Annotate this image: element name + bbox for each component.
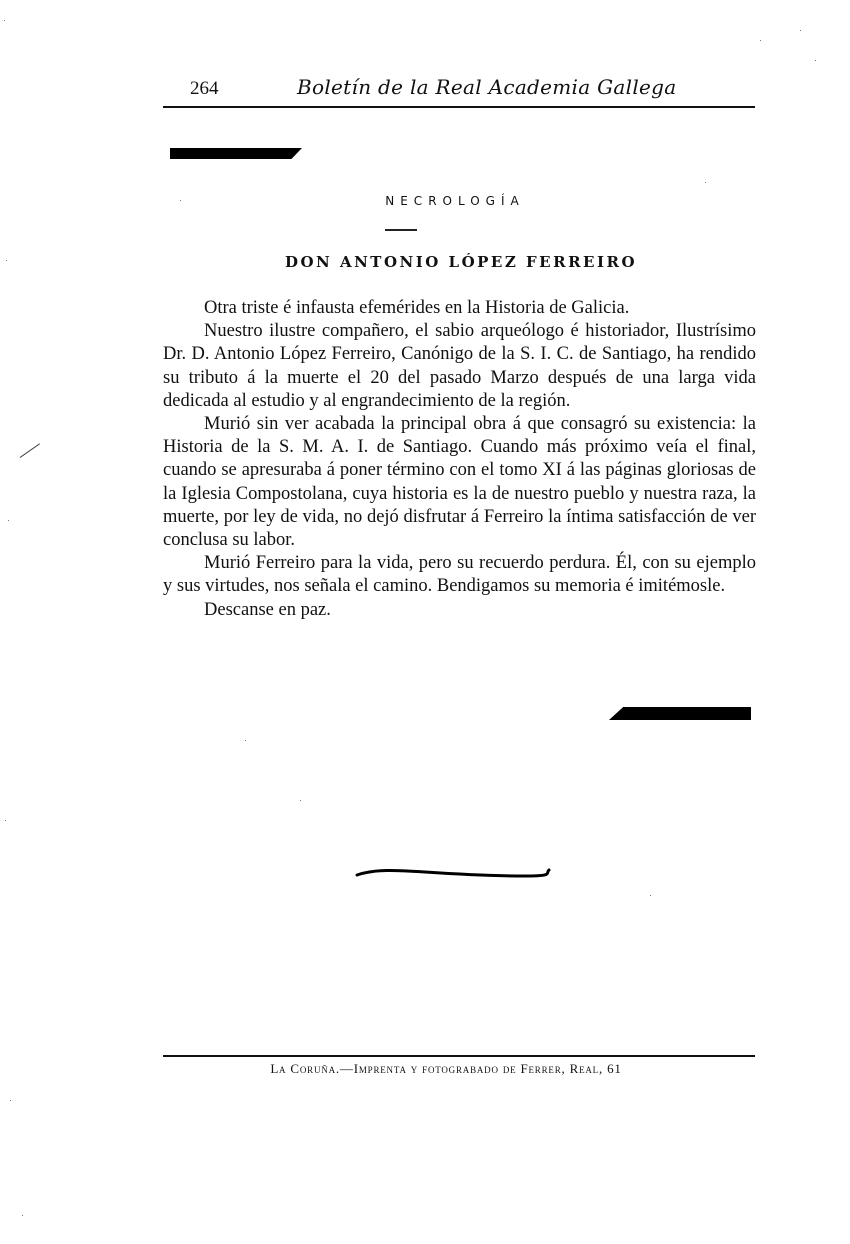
header-rule <box>163 106 755 108</box>
decorative-bar-top <box>170 148 302 159</box>
scan-scratch <box>20 443 40 458</box>
paragraph: Otra triste é infausta efemérides en la … <box>163 297 756 320</box>
obituary-body: Otra triste é infausta efemérides en la … <box>163 297 756 622</box>
paragraph: Descanse en paz. <box>163 599 756 622</box>
scan-speck <box>22 1215 23 1216</box>
running-title: Boletín de la Real Academia Gallega <box>297 75 677 99</box>
scan-speck <box>8 520 9 521</box>
page-number: 264 <box>190 78 219 100</box>
scan-speck <box>300 800 301 801</box>
scan-speck <box>10 1100 11 1101</box>
section-label: NECROLOGÍA <box>0 194 850 208</box>
paragraph: Nuestro ilustre compañero, el sabio arqu… <box>163 320 756 413</box>
scan-speck <box>705 182 706 183</box>
short-divider <box>385 229 417 231</box>
scanned-page: 264 Boletín de la Real Academia Gallega … <box>0 0 850 1244</box>
scan-speck <box>245 740 246 741</box>
scan-speck <box>5 820 6 821</box>
footer-rule <box>163 1055 755 1057</box>
scan-speck <box>760 40 761 41</box>
printer-imprint: La Coruña.—Imprenta y fotograbado de Fer… <box>0 1061 850 1077</box>
decorative-bar-bottom <box>609 707 751 720</box>
obituary-title: DON ANTONIO LÓPEZ FERREIRO <box>0 253 850 271</box>
running-header: 264 Boletín de la Real Academia Gallega <box>163 72 755 108</box>
paragraph: Murió sin ver acabada la principal obra … <box>163 413 756 552</box>
ornamental-swash <box>355 866 551 880</box>
scan-speck <box>800 30 801 31</box>
paragraph: Murió Ferreiro para la vida, pero su rec… <box>163 552 756 598</box>
scan-speck <box>815 60 816 61</box>
scan-speck <box>4 20 5 21</box>
scan-speck <box>650 895 651 896</box>
